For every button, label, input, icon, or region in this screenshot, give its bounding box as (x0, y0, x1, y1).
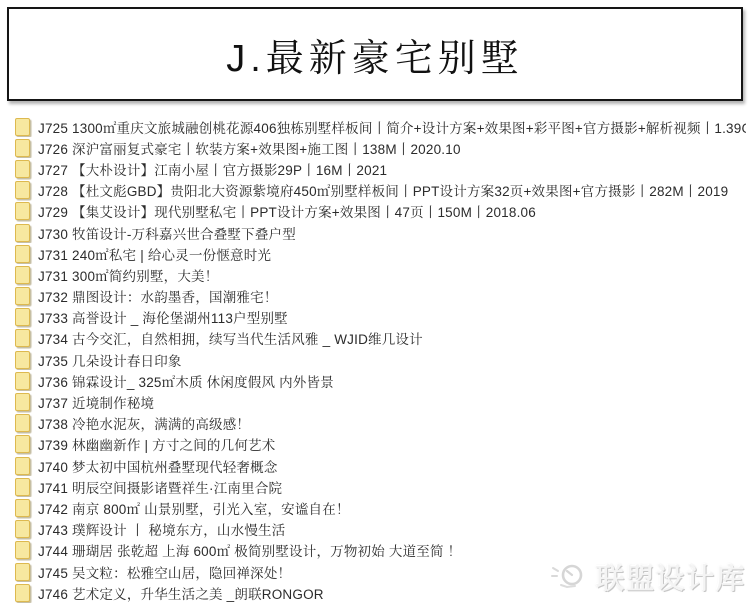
list-item[interactable]: J727 【大朴设计】江南小屋丨官方摄影29P丨16M丨2021 (15, 158, 746, 179)
title-box: J.最新豪宅别墅 (7, 7, 743, 101)
folder-icon (15, 541, 30, 559)
folder-icon (15, 287, 30, 305)
list-item[interactable]: J725 1300㎡重庆文旅城融创桃花源406独栋别墅样板间丨简介+设计方案+效… (15, 116, 746, 137)
folder-icon (15, 245, 30, 263)
folder-icon (15, 563, 30, 581)
folder-icon (15, 414, 30, 432)
list-item[interactable]: J734 古今交汇，自然相拥，续写当代生活风雅 _ WJID维几设计 (15, 328, 746, 349)
list-item-label: J729 【集艾设计】现代别墅私宅丨PPT设计方案+效果图丨47页丨150M丨2… (38, 201, 536, 221)
folder-icon (15, 329, 30, 347)
list-item-label: J745 吴文粒：松雅空山居，隐回禅深处！ (38, 562, 291, 582)
list-item[interactable]: J742 南京 800㎡ 山景别墅，引光入室，安谧自在！ (15, 497, 746, 518)
list-item-label: J738 冷艳水泥灰，满满的高级感！ (38, 413, 250, 433)
list-item[interactable]: J732 鼎图设计：水韵墨香，国潮雅宅！ (15, 286, 746, 307)
list-item[interactable]: J735 几朵设计春日印象 (15, 349, 746, 370)
list-item-label: J737 近境制作秘境 (38, 392, 154, 412)
list-item[interactable]: J741 明辰空间摄影诸暨祥生·江南里合院 (15, 476, 746, 497)
folder-icon (15, 202, 30, 220)
folder-icon (15, 266, 30, 284)
folder-icon (15, 372, 30, 390)
list-item-label: J740 梦太初中国杭州叠墅现代轻奢概念 (38, 456, 278, 476)
list-item[interactable]: J731 240㎡私宅 | 给心灵一份惬意时光 (15, 243, 746, 264)
folder-icon (15, 351, 30, 369)
list-item-label: J734 古今交汇，自然相拥，续写当代生活风雅 _ WJID维几设计 (38, 328, 423, 348)
list-item[interactable]: J731 300㎡简约别墅，大美！ (15, 264, 746, 285)
folder-icon (15, 160, 30, 178)
list-item-label: J728 【杜文彪GBD】贵阳北大资源紫境府450㎡别墅样板间丨PPT设计方案3… (38, 180, 728, 200)
file-list: J725 1300㎡重庆文旅城融创桃花源406独栋别墅样板间丨简介+设计方案+效… (15, 116, 746, 603)
folder-icon (15, 584, 30, 602)
folder-icon (15, 499, 30, 517)
folder-icon (15, 478, 30, 496)
list-item[interactable]: J739 林幽幽新作 | 方寸之间的几何艺术 (15, 434, 746, 455)
list-item[interactable]: J743 璞辉设计 丨 秘境东方，山水慢生活 (15, 519, 746, 540)
list-item-label: J732 鼎图设计：水韵墨香，国潮雅宅！ (38, 286, 278, 306)
list-item[interactable]: J744 珊瑚居 张乾超 上海 600㎡ 极简别墅设计，万物初始 大道至简 ！ (15, 540, 746, 561)
list-item-label: J741 明辰空间摄影诸暨祥生·江南里合院 (38, 477, 282, 497)
folder-icon (15, 181, 30, 199)
list-item[interactable]: J745 吴文粒：松雅空山居，隐回禅深处！ (15, 561, 746, 582)
folder-icon (15, 520, 30, 538)
list-item[interactable]: J737 近境制作秘境 (15, 391, 746, 412)
list-item-label: J735 几朵设计春日印象 (38, 350, 182, 370)
list-item[interactable]: J726 深沪富丽复式豪宅丨软装方案+效果图+施工图丨138M丨2020.10 (15, 137, 746, 158)
folder-icon (15, 224, 30, 242)
list-item-label: J736 锦霖设计_ 325㎡木质 休闲度假风 内外皆景 (38, 371, 334, 391)
list-item-label: J733 高誉设计 _ 海伦堡湖州113户型别墅 (38, 307, 288, 327)
list-item-label: J744 珊瑚居 张乾超 上海 600㎡ 极简别墅设计，万物初始 大道至简 ！ (38, 540, 461, 560)
folder-icon (15, 308, 30, 326)
list-item-label: J726 深沪富丽复式豪宅丨软装方案+效果图+施工图丨138M丨2020.10 (38, 138, 461, 158)
list-item[interactable]: J740 梦太初中国杭州叠墅现代轻奢概念 (15, 455, 746, 476)
list-item-label: J743 璞辉设计 丨 秘境东方，山水慢生活 (38, 519, 285, 539)
folder-icon (15, 393, 30, 411)
list-item-label: J731 240㎡私宅 | 给心灵一份惬意时光 (38, 244, 271, 264)
list-item-label: J746 艺术定义，升华生活之美 _朗联RONGOR (38, 583, 324, 603)
list-item[interactable]: J728 【杜文彪GBD】贵阳北大资源紫境府450㎡别墅样板间丨PPT设计方案3… (15, 180, 746, 201)
list-item[interactable]: J730 牧笛设计-万科嘉兴世合叠墅下叠户型 (15, 222, 746, 243)
list-item-label: J730 牧笛设计-万科嘉兴世合叠墅下叠户型 (38, 223, 296, 243)
list-item-label: J725 1300㎡重庆文旅城融创桃花源406独栋别墅样板间丨简介+设计方案+效… (38, 117, 746, 137)
list-item-label: J739 林幽幽新作 | 方寸之间的几何艺术 (38, 434, 275, 454)
folder-icon (15, 457, 30, 475)
list-item-label: J742 南京 800㎡ 山景别墅，引光入室，安谧自在！ (38, 498, 350, 518)
list-item[interactable]: J733 高誉设计 _ 海伦堡湖州113户型别墅 (15, 307, 746, 328)
list-item[interactable]: J746 艺术定义，升华生活之美 _朗联RONGOR (15, 582, 746, 603)
list-item[interactable]: J729 【集艾设计】现代别墅私宅丨PPT设计方案+效果图丨47页丨150M丨2… (15, 201, 746, 222)
list-item-label: J731 300㎡简约别墅，大美！ (38, 265, 218, 285)
folder-icon (15, 118, 30, 136)
folder-icon (15, 435, 30, 453)
folder-icon (15, 139, 30, 157)
list-item[interactable]: J736 锦霖设计_ 325㎡木质 休闲度假风 内外皆景 (15, 370, 746, 391)
list-item[interactable]: J738 冷艳水泥灰，满满的高级感！ (15, 413, 746, 434)
page-title: J.最新豪宅别墅 (226, 27, 524, 82)
list-item-label: J727 【大朴设计】江南小屋丨官方摄影29P丨16M丨2021 (38, 159, 387, 179)
